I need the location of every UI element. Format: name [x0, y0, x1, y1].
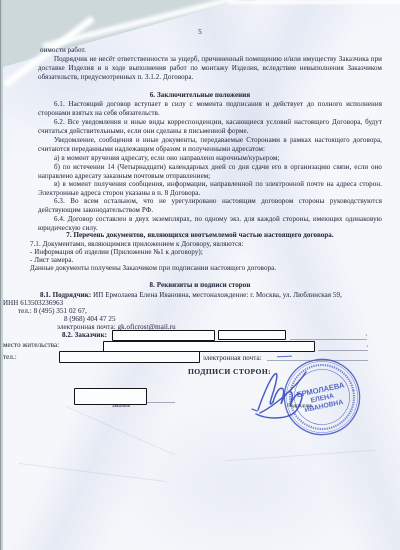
contractor-label-bold: 8.1. Подрядчик: [40, 291, 91, 299]
clause-6-3: 6.3. Во всем остальном, что не урегулиро… [38, 197, 382, 215]
form-line-customer: , [290, 332, 367, 340]
paper-edge-highlight [228, 0, 400, 4]
contractor-requisites-line: 8.1. Подрядчик: ИП Ермолаева Елена Ивано… [40, 291, 342, 300]
customer-email-label: электронная почта: [203, 354, 262, 363]
redaction-box-customer-signature [74, 388, 147, 405]
clause-6-1: 6.1. Настоящий договор вступает в силу с… [38, 100, 382, 118]
redaction-box-customer-name-2 [218, 330, 286, 340]
section6-heading: 6. Заключительные положения [0, 91, 400, 100]
paragraph-continuation: оимости работ. [40, 46, 86, 55]
scanner-edge-strip [0, 0, 3, 550]
customer-requisites-label: 8.2. Заказчик: [62, 331, 107, 340]
clause-6-2-item-v: в) в момент получения сообщения, информа… [38, 180, 382, 198]
clause-6-2-notice: Уведомление, сообщения и иные документы,… [38, 136, 382, 154]
clause-6-2: 6.2. Все уведомления и иные виды корресп… [38, 118, 382, 136]
contractor-signature-ink [246, 364, 318, 422]
page-number: 5 [0, 28, 400, 37]
customer-tel-label: тел.: [3, 353, 17, 362]
paragraph-liability: Подрядчик не несёт ответственности за ущ… [38, 55, 382, 82]
residence-label: место жительства: [3, 341, 59, 350]
clause-6-2-item-a: а) в момент вручения адресату, если оно … [38, 154, 382, 163]
documents-note: Данные документы получены Заказчиком при… [30, 264, 276, 273]
email-label: электронная почта: [57, 323, 118, 331]
redaction-box-customer-phone [59, 351, 200, 363]
contractor-details: ИП Ермолаева Елена Ивановна, местонахожд… [91, 291, 342, 299]
section8-heading: 8. Реквизиты и подписи сторон [0, 281, 400, 290]
form-line-residence: , [318, 343, 368, 351]
section7-heading: 7. Перечень документов, являющихся неотъ… [0, 231, 400, 240]
redaction-box-customer-name-1 [112, 330, 215, 341]
customer-signature-line [147, 395, 175, 403]
clause-6-2-item-b: б) по истечении 14 (Четырнадцати) календ… [38, 163, 382, 181]
